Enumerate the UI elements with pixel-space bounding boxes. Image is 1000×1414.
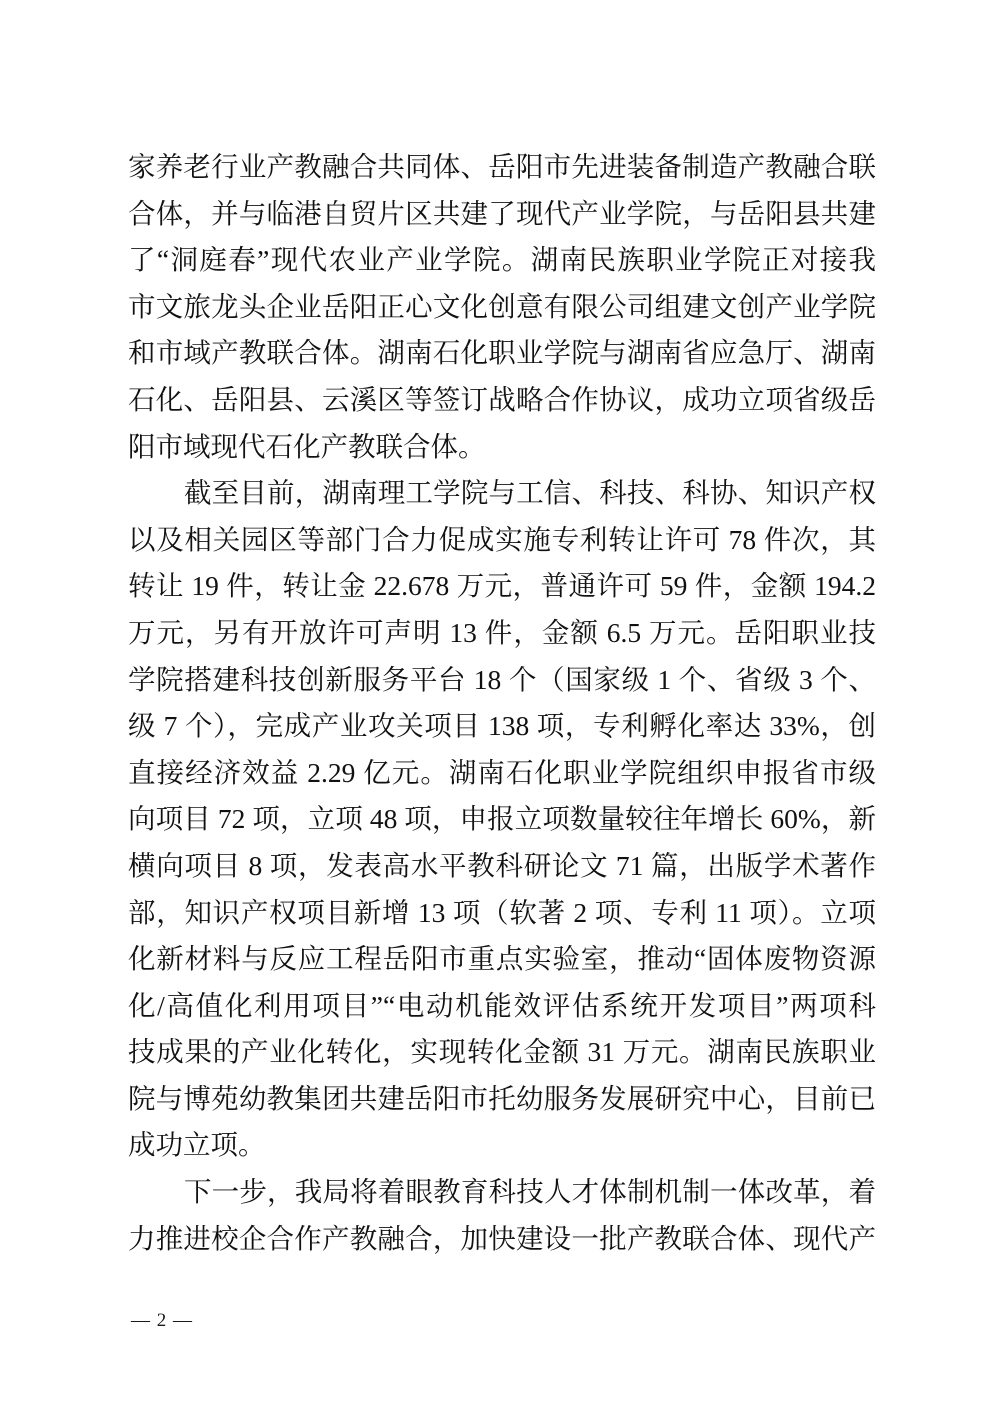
- text-line: 市文旅龙头企业岳阳正心文化创意有限公司组建文创产业学院: [128, 284, 876, 331]
- text-line: 化/高值化利用项目”“电动机能效评估系统开发项目”两项科: [128, 983, 876, 1030]
- text-line: 石化、岳阳县、云溪区等签订战略合作协议，成功立项省级岳: [128, 377, 876, 424]
- text-line: 阳市域现代石化产教联合体。: [128, 424, 876, 471]
- text-line: 合体，并与临港自贸片区共建了现代产业学院，与岳阳县共建: [128, 191, 876, 238]
- text-line: 院与博苑幼教集团共建岳阳市托幼服务发展研究中心，目前已: [128, 1076, 876, 1123]
- document-body: 家养老行业产教融合共同体、岳阳市先进装备制造产教融合联合体，并与临港自贸片区共建…: [128, 144, 876, 1262]
- text-line: 力推进校企合作产教融合，加快建设一批产教联合体、现代产: [128, 1216, 876, 1263]
- text-line: 级 7 个），完成产业攻关项目 138 项，专利孵化率达 33%，创造: [128, 703, 876, 750]
- text-line: 下一步，我局将着眼教育科技人才体制机制一体改革，着: [128, 1169, 876, 1216]
- text-line: 横向项目 8 项，发表高水平教科研论文 71 篇，出版学术著作 11: [128, 843, 876, 890]
- text-line: 以及相关园区等部门合力促成实施专利转让许可 78 件次，其中: [128, 517, 876, 564]
- text-line: 向项目 72 项，立项 48 项，申报立项数量较往年增长 60%，新增: [128, 796, 876, 843]
- text-line: 转让 19 件，转让金 22.678 万元，普通许可 59 件，金额 194.2: [128, 563, 876, 610]
- text-line: 了“洞庭春”现代农业产业学院。湖南民族职业学院正对接我: [128, 237, 876, 284]
- text-line: 和市域产教联合体。湖南石化职业学院与湖南省应急厅、湖南: [128, 330, 876, 377]
- text-line: 直接经济效益 2.29 亿元。湖南石化职业学院组织申报省市级纵: [128, 750, 876, 797]
- text-line: 化新材料与反应工程岳阳市重点实验室，推动“固体废物资源: [128, 936, 876, 983]
- text-line: 家养老行业产教融合共同体、岳阳市先进装备制造产教融合联: [128, 144, 876, 191]
- text-line: 万元，另有开放许可声明 13 件，金额 6.5 万元。岳阳职业技术: [128, 610, 876, 657]
- text-line: 成功立项。: [128, 1122, 876, 1169]
- page-number: — 2 —: [131, 1308, 193, 1334]
- text-line: 部，知识产权项目新增 13 项（软著 2 项、专利 11 项）。立项石: [128, 890, 876, 937]
- text-line: 技成果的产业化转化，实现转化金额 31 万元。湖南民族职业学: [128, 1029, 876, 1076]
- text-line: 学院搭建科技创新服务平台 18 个（国家级 1 个、省级 3 个、市: [128, 657, 876, 704]
- text-line: 截至目前，湖南理工学院与工信、科技、科协、知识产权: [128, 470, 876, 517]
- document-page: 家养老行业产教融合共同体、岳阳市先进装备制造产教融合联合体，并与临港自贸片区共建…: [0, 0, 1000, 1414]
